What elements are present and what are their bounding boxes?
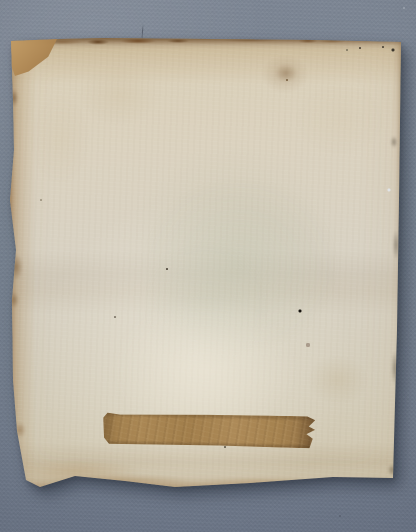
speck-mark (382, 46, 384, 48)
speck-mark (299, 310, 302, 313)
stain-mark (275, 64, 297, 82)
stain-mark (9, 292, 19, 308)
stain-mark (393, 230, 400, 260)
stain-mark (140, 240, 270, 370)
speck-mark (40, 199, 42, 201)
stain-mark (50, 474, 190, 488)
speck-mark (166, 268, 168, 270)
stain-mark (262, 55, 308, 93)
stain-mark (30, 95, 90, 185)
stain-mark (10, 459, 140, 485)
paper-sheet (0, 0, 416, 532)
stain-mark (295, 85, 385, 155)
speck-mark (114, 316, 116, 318)
stain-mark (200, 477, 320, 487)
kraft-tape-strip (103, 412, 316, 448)
stain-mark (10, 89, 19, 107)
stain-mark (80, 65, 160, 125)
speck-mark (392, 49, 395, 52)
stain-mark (14, 422, 26, 438)
stain-mark (388, 464, 397, 476)
photograph (0, 0, 416, 532)
speck-mark (359, 47, 361, 49)
paper-marks-layer (0, 0, 416, 532)
stain-mark (140, 175, 340, 355)
speck-mark (388, 189, 391, 192)
stain-mark (308, 356, 368, 404)
stain-mark (391, 351, 399, 385)
speck-mark (306, 343, 310, 347)
paper-shadow-wrapper (0, 0, 416, 532)
speck-mark (286, 79, 288, 81)
speck-mark (346, 49, 348, 51)
stain-mark (391, 136, 398, 148)
speck-mark (224, 446, 226, 448)
stain-mark (9, 254, 23, 280)
